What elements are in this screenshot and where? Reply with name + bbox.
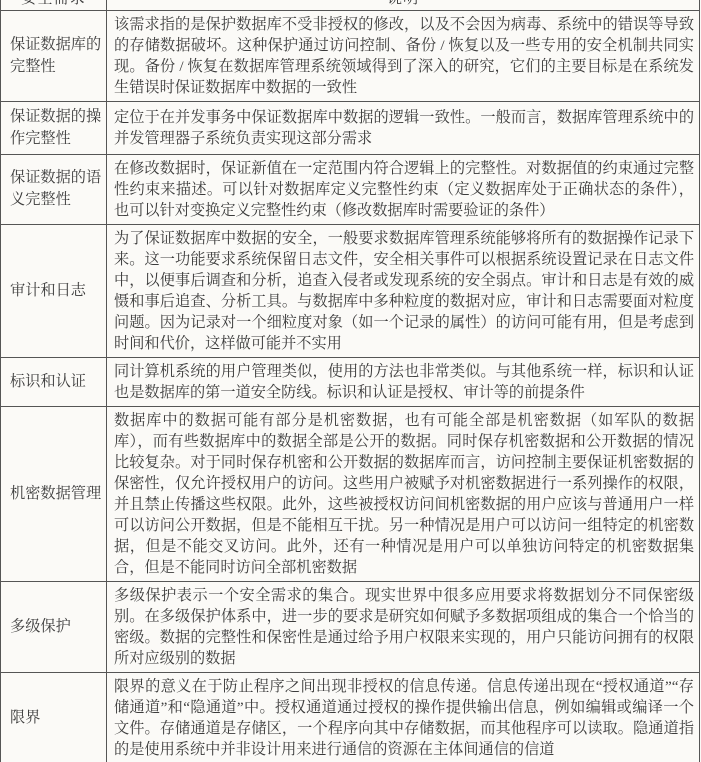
table-row: 多级保护 多级保护表示一个安全需求的集合。现实世界中很多应用要求将数据划分不同保… (1, 581, 700, 672)
requirement-label: 多级保护 (1, 581, 107, 672)
table-row: 保证数据库的完整性 该需求指的是保护数据库不受非授权的修改，以及不会因为病毒、系… (1, 10, 700, 101)
requirement-description: 限界的意义在于防止程序之间出现非授权的信息传递。信息传递出现在“授权通道”“存储… (107, 672, 700, 762)
requirement-label: 保证数据的语义完整性 (1, 154, 107, 224)
header-requirement: 安全需求 (1, 0, 107, 10)
requirement-label: 保证数据库的完整性 (1, 10, 107, 101)
requirement-description: 多级保护表示一个安全需求的集合。现实世界中很多应用要求将数据划分不同保密级别。在… (107, 581, 700, 672)
header-requirement-label: 安全需求 (1, 0, 106, 9)
security-requirements-table: 安全需求 说明 保证数据库的完整性 该需求指的是保护数据库不受非授权的修改，以及… (0, 0, 700, 762)
table-row: 审计和日志 为了保证数据库中数据的安全，一般要求数据库管理系统能够将所有的数据操… (1, 224, 700, 357)
requirement-description: 该需求指的是保护数据库不受非授权的修改，以及不会因为病毒、系统中的错误等导致的存… (107, 10, 700, 101)
requirement-description: 数据库中的数据可能有部分是机密数据，也有可能全部是机密数据（如军队的数据库），而… (107, 406, 700, 581)
table-header-row: 安全需求 说明 (1, 0, 700, 10)
table-row: 标识和认证 同计算机系统的用户管理类似，使用的方法也非常类似。与其他系统一样，标… (1, 357, 700, 406)
table-row: 机密数据管理 数据库中的数据可能有部分是机密数据，也有可能全部是机密数据（如军队… (1, 406, 700, 581)
requirement-description: 在修改数据时，保证新值在一定范围内符合逻辑上的完整性。对数据值的约束通过完整性约… (107, 154, 700, 224)
requirement-description: 定位于在并发事务中保证数据库中数据的逻辑一致性。一般而言，数据库管理系统中的并发… (107, 101, 700, 154)
table-row: 保证数据的操作完整性 定位于在并发事务中保证数据库中数据的逻辑一致性。一般而言，… (1, 101, 700, 154)
scanned-page: 安全需求 说明 保证数据库的完整性 该需求指的是保护数据库不受非授权的修改，以及… (0, 0, 701, 762)
header-description: 说明 (107, 0, 700, 10)
requirement-label: 标识和认证 (1, 357, 107, 406)
requirement-description: 为了保证数据库中数据的安全，一般要求数据库管理系统能够将所有的数据操作记录下来。… (107, 224, 700, 357)
table-row: 限界 限界的意义在于防止程序之间出现非授权的信息传递。信息传递出现在“授权通道”… (1, 672, 700, 762)
requirement-label: 审计和日志 (1, 224, 107, 357)
requirement-description: 同计算机系统的用户管理类似，使用的方法也非常类似。与其他系统一样，标识和认证也是… (107, 357, 700, 406)
table-row: 保证数据的语义完整性 在修改数据时，保证新值在一定范围内符合逻辑上的完整性。对数… (1, 154, 700, 224)
requirement-label: 保证数据的操作完整性 (1, 101, 107, 154)
requirement-label: 限界 (1, 672, 107, 762)
header-description-label: 说明 (107, 0, 699, 9)
requirement-label: 机密数据管理 (1, 406, 107, 581)
